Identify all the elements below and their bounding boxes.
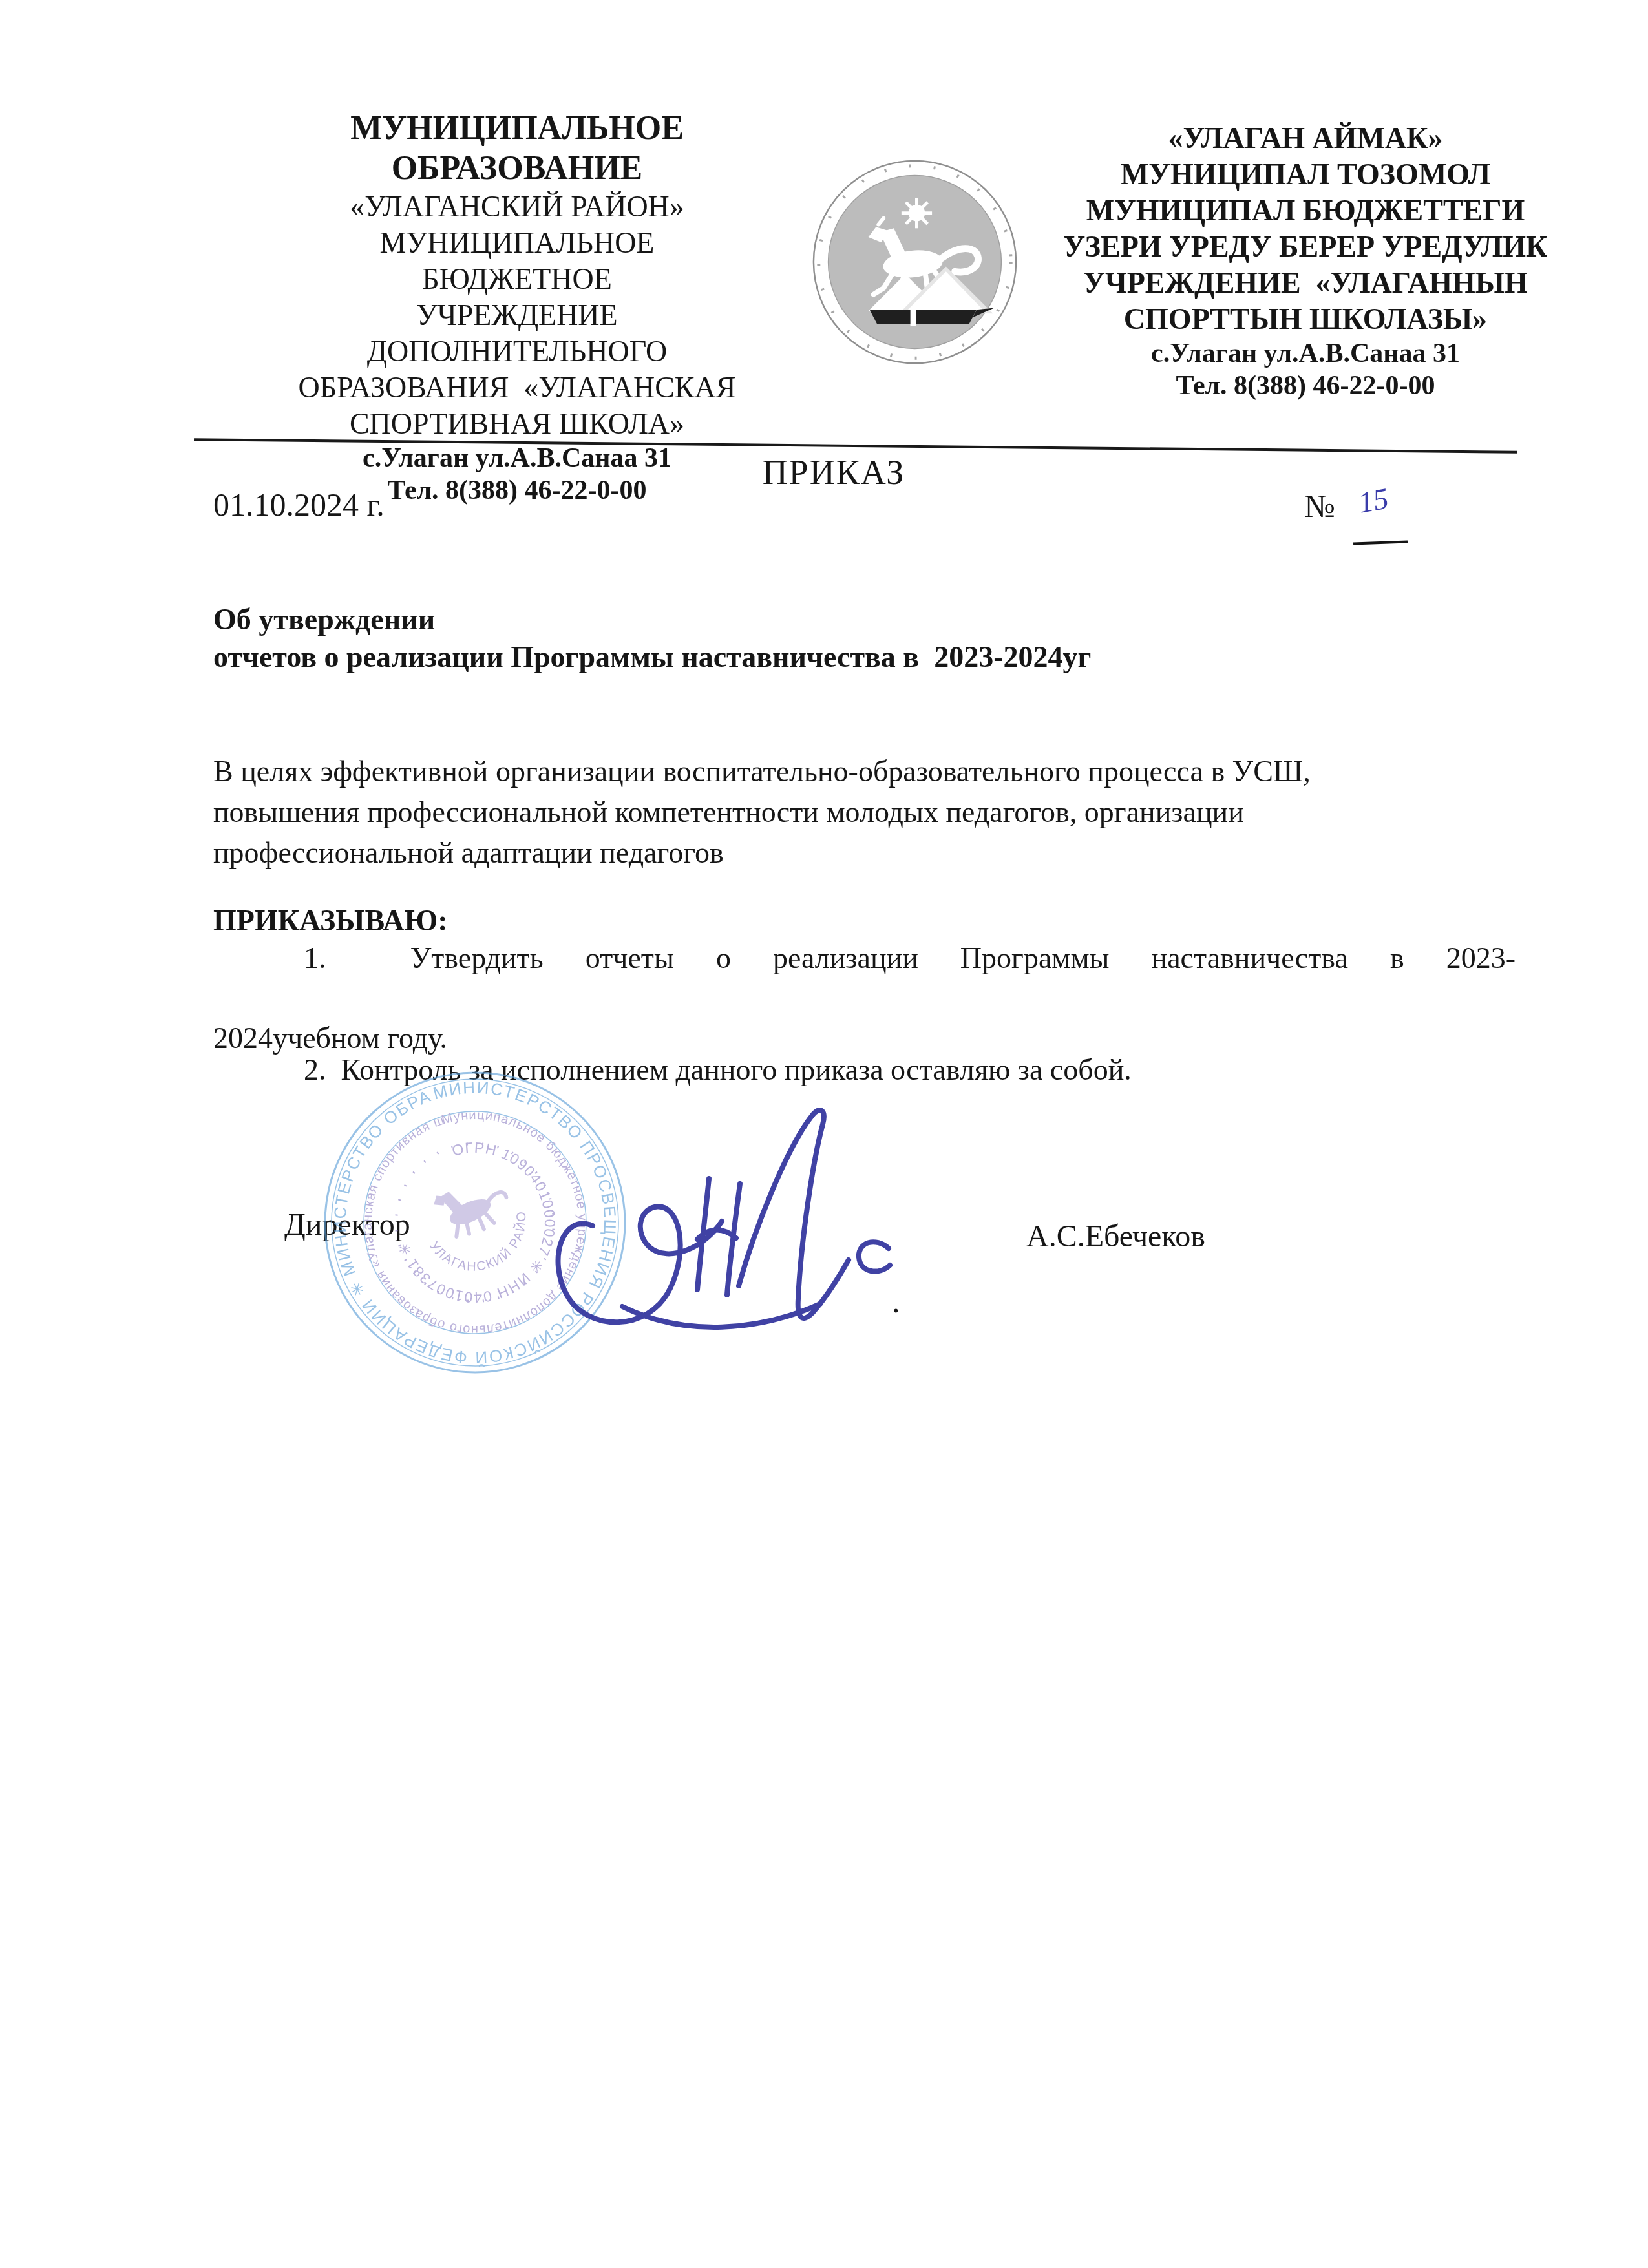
org-name-ru-line: УЧРЕЖДЕНИЕ ДОПОЛНИТЕЛЬНОГО <box>291 297 743 370</box>
org-name-ru-line: ОБРАЗОВАНИЕ <box>291 149 743 189</box>
org-name-ru-line: МУНИЦИПАЛЬНОЕ БЮДЖЕТНОЕ <box>291 225 743 297</box>
order-date: 01.10.2024 г. <box>213 486 385 523</box>
org-name-ru-line: СПОРТИВНАЯ ШКОЛА» <box>291 406 743 442</box>
org-name-ru-line: ОБРАЗОВАНИЯ «УЛАГАНСКАЯ <box>291 370 743 406</box>
order-item-1: 1. Утвердить отчеты о реализации Програм… <box>213 938 1516 1058</box>
org-address: с.Улаган ул.А.В.Санаа 31 <box>1047 337 1564 370</box>
org-name-alt-line: МУНИЦИПАЛ БЮДЖЕТТЕГИ <box>1047 193 1564 229</box>
org-name-alt-line: УЗЕРИ УРЕДУ БЕРЕР УРЕДУЛИК <box>1047 229 1564 265</box>
org-name-alt-line: «УЛАГАН АЙМАК» <box>1047 120 1564 156</box>
order-number-sign: № <box>1304 487 1335 525</box>
letterhead-right-block: «УЛАГАН АЙМАК» МУНИЦИПАЛ ТОЗОМОЛ МУНИЦИП… <box>1047 120 1564 402</box>
order-number-handwritten: 15 <box>1356 481 1391 520</box>
org-name-ru-line: «УЛАГАНСКИЙ РАЙОН» <box>291 189 743 225</box>
order-preamble: В целях эффективной организации воспитат… <box>213 751 1525 873</box>
subject-line: Об утверждении <box>213 601 1091 638</box>
order-subject: Об утверждении отчетов о реализации Прог… <box>213 601 1091 676</box>
org-name-alt-line: УЧРЕЖДЕНИЕ «УЛАГАННЫН <box>1047 265 1564 301</box>
director-signature <box>546 1093 921 1352</box>
org-name-ru-line: МУНИЦИПАЛЬНОЕ <box>291 109 743 149</box>
resolve-heading: ПРИКАЗЫВАЮ: <box>213 903 448 938</box>
preamble-line: профессиональной адаптации педагогов <box>213 832 1525 873</box>
org-phone: Тел. 8(388) 46-22-0-00 <box>1047 370 1564 402</box>
order-number-underline <box>1353 541 1408 545</box>
order-document-page: МУНИЦИПАЛЬНОЕ ОБРАЗОВАНИЕ «УЛАГАНСКИЙ РА… <box>0 0 1648 2268</box>
subject-line: отчетов о реализации Программы наставнич… <box>213 638 1091 676</box>
preamble-line: повышения профессиональной компетентност… <box>213 792 1525 832</box>
sun-icon <box>902 198 932 228</box>
letterhead-left-block: МУНИЦИПАЛЬНОЕ ОБРАЗОВАНИЕ «УЛАГАНСКИЙ РА… <box>291 109 743 507</box>
signer-name: А.С.Ебечеков <box>1026 1219 1205 1254</box>
org-name-alt-line: МУНИЦИПАЛ ТОЗОМОЛ <box>1047 156 1564 193</box>
order-item-1-line: 1. Утвердить отчеты о реализации Програм… <box>213 938 1516 1018</box>
preamble-line: В целях эффективной организации воспитат… <box>213 751 1525 792</box>
stamp-horse-icon <box>432 1175 514 1242</box>
horse-rider-emblem <box>810 157 1020 367</box>
org-name-alt-line: СПОРТТЫН ШКОЛАЗЫ» <box>1047 301 1564 337</box>
